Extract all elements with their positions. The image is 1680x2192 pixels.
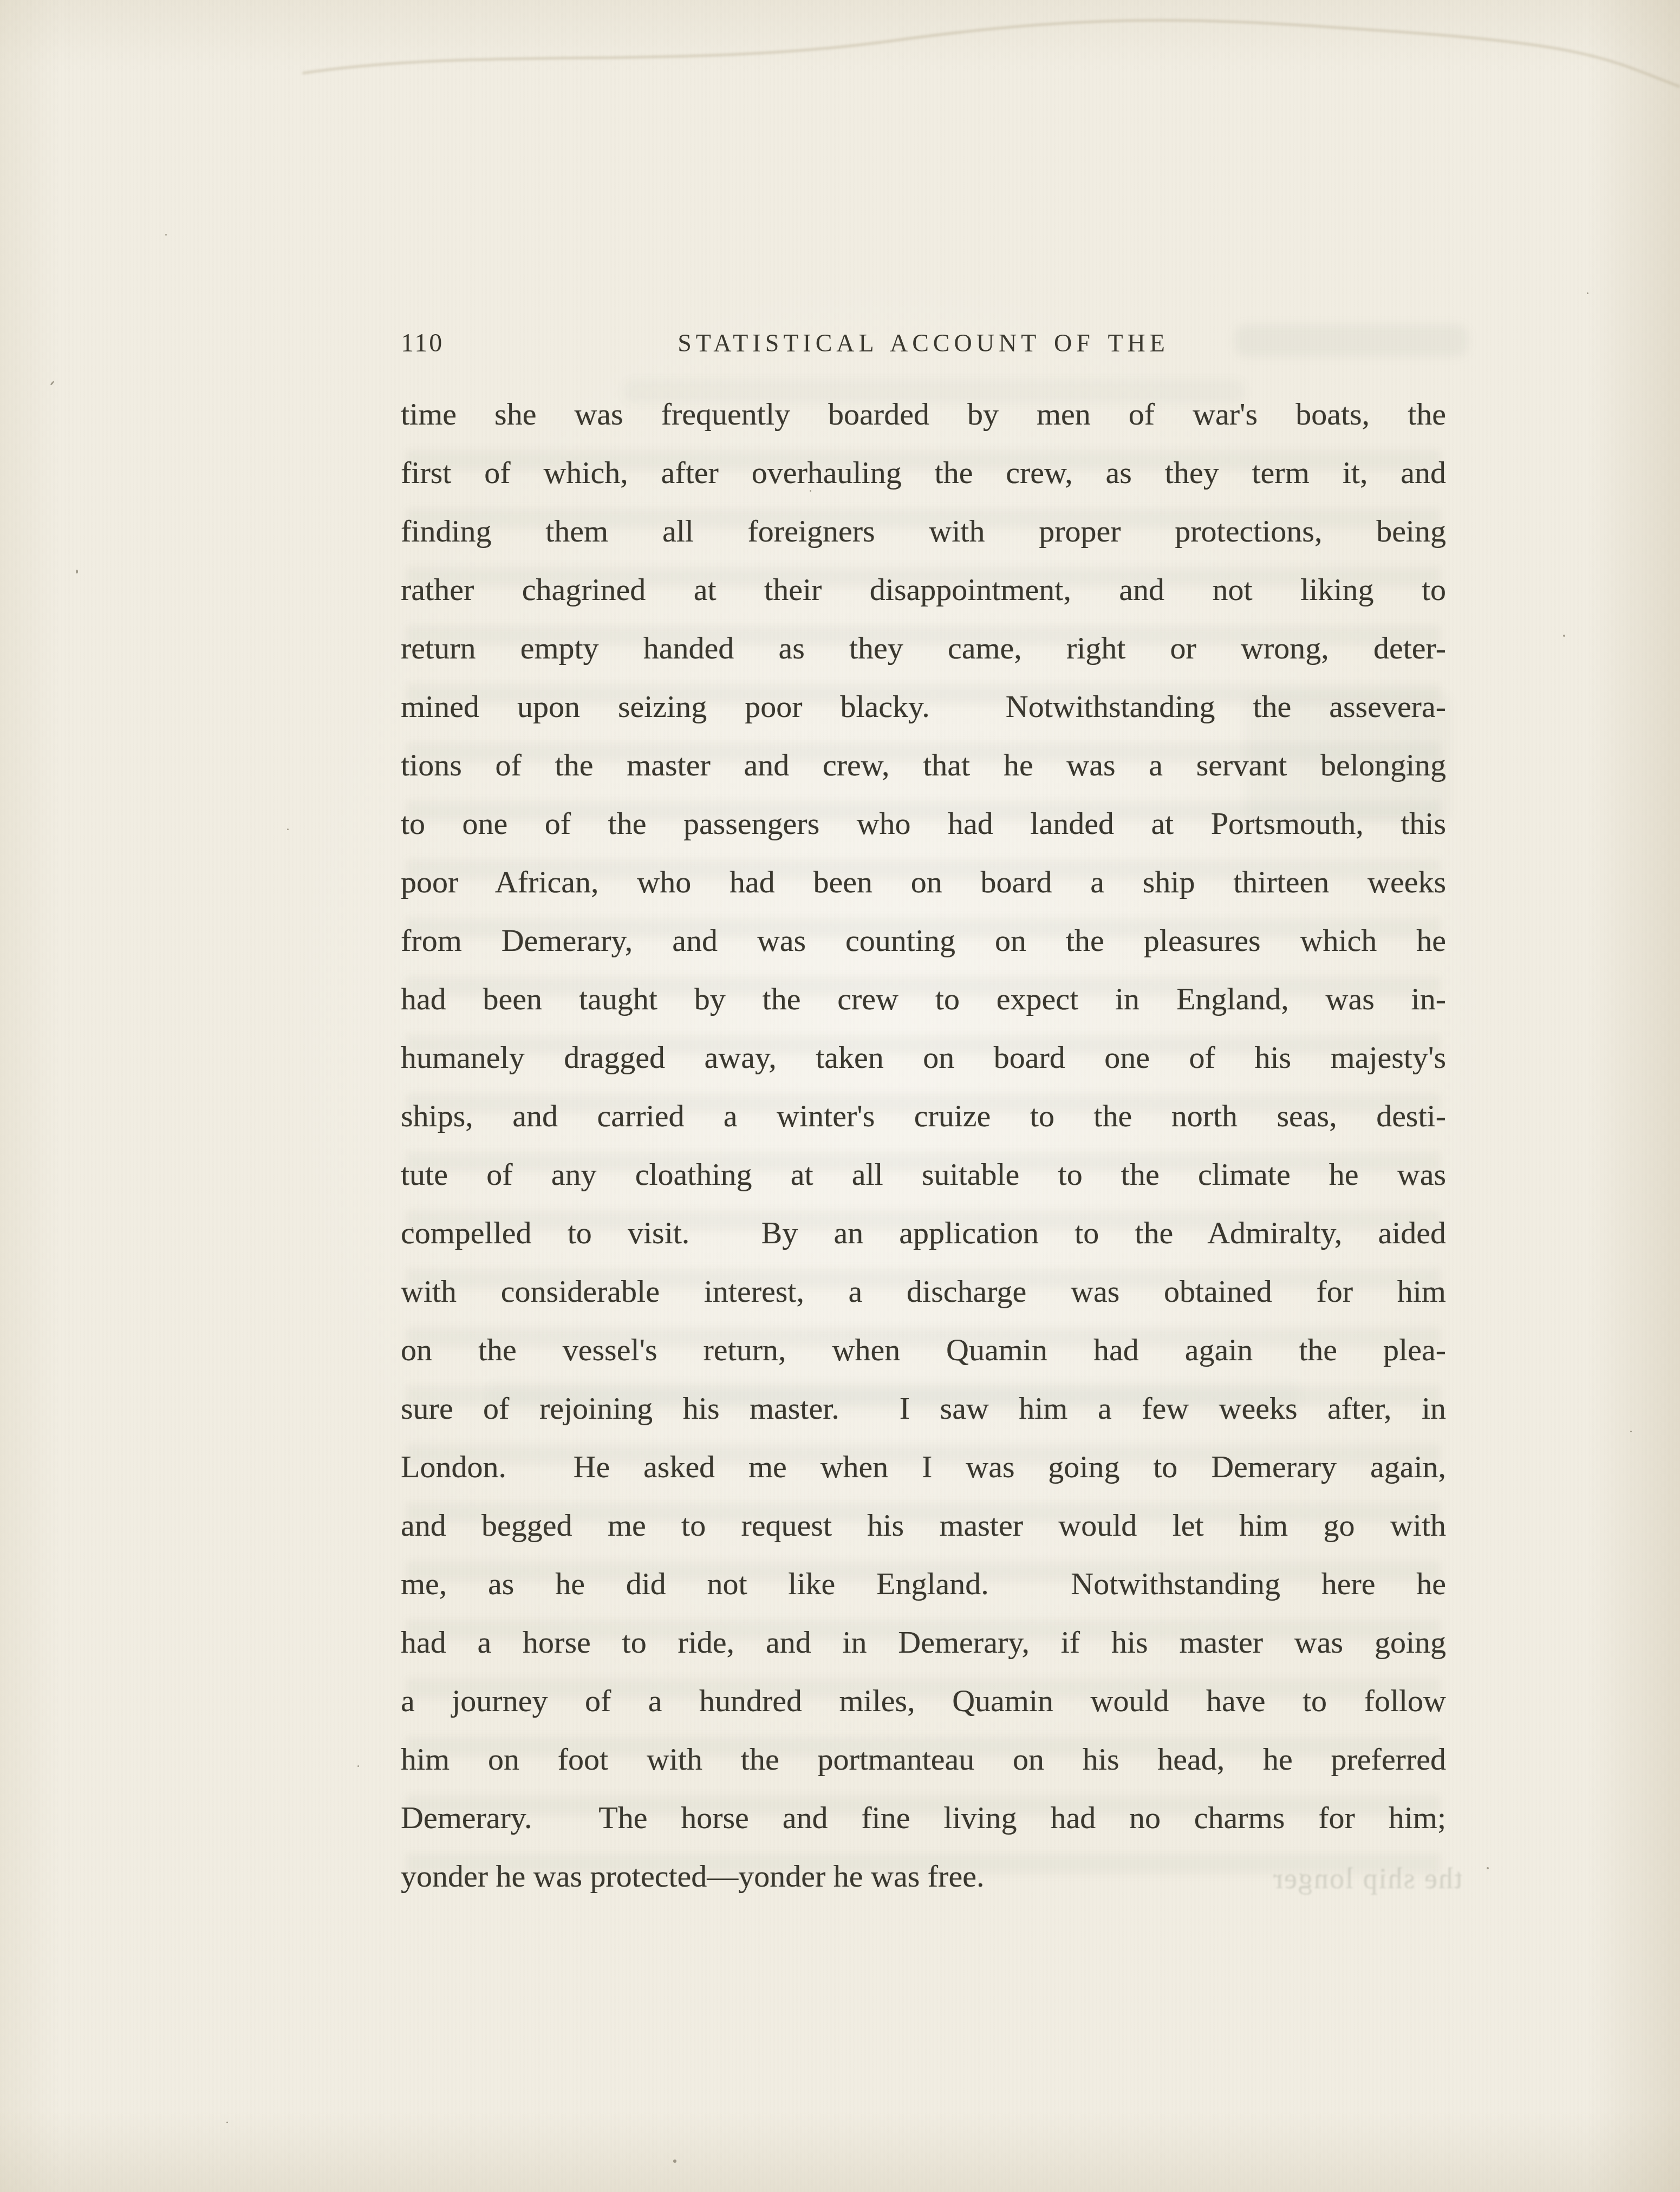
paper-speck: [50, 381, 54, 386]
paper-speck: [357, 1765, 359, 1767]
text-line: time she was frequently boarded by men o…: [401, 385, 1446, 443]
text-line: tute of any cloathing at all suitable to…: [401, 1145, 1446, 1204]
paper-speck: [1630, 1431, 1632, 1432]
text-line: sure of rejoining his master. I saw him …: [401, 1379, 1446, 1438]
text-line: Demerary. The horse and fine living had …: [401, 1789, 1446, 1847]
text-line: return empty handed as they came, right …: [401, 619, 1446, 677]
paper-speck: [1563, 635, 1565, 637]
text-line: me, as he did not like England. Notwiths…: [401, 1555, 1446, 1613]
paper-speck: [412, 1227, 413, 1229]
crease-line: [0, 0, 1680, 162]
ghost-bleed-text: the ship longer: [1116, 1862, 1462, 1895]
paper-speck: [673, 2160, 676, 2163]
text-line: rather chagrined at their disappointment…: [401, 560, 1446, 619]
paper-speck: [810, 490, 811, 492]
text-line: with considerable interest, a discharge …: [401, 1262, 1446, 1321]
text-line: finding them all foreigners with proper …: [401, 502, 1446, 560]
paper-speck: [226, 2122, 228, 2123]
text-line: London. He asked me when I was going to …: [401, 1438, 1446, 1496]
paper-speck: [1587, 292, 1588, 294]
text-line: ships, and carried a winter's cruize to …: [401, 1087, 1446, 1145]
text-line: and begged me to request his master woul…: [401, 1496, 1446, 1555]
text-line: tions of the master and crew, that he wa…: [401, 736, 1446, 794]
text-line: to one of the passengers who had landed …: [401, 794, 1446, 853]
paper-speck: [165, 234, 167, 236]
text-line: compelled to visit. By an application to…: [401, 1204, 1446, 1262]
text-line: had been taught by the crew to expect in…: [401, 970, 1446, 1028]
text-line: had a horse to ride, and in Demerary, if…: [401, 1613, 1446, 1672]
scan-page: 110 STATISTICAL ACCOUNT OF THE time she …: [0, 0, 1680, 2192]
text-line: him on foot with the portmanteau on his …: [401, 1730, 1446, 1789]
text-line: from Demerary, and was counting on the p…: [401, 911, 1446, 970]
paper-speck: [1487, 1867, 1489, 1869]
text-line: mined upon seizing poor blacky. Notwiths…: [401, 677, 1446, 736]
running-header: 110 STATISTICAL ACCOUNT OF THE: [401, 324, 1446, 363]
paper-speck: [287, 828, 289, 830]
text-line: first of which, after overhauling the cr…: [401, 443, 1446, 502]
running-header-title: STATISTICAL ACCOUNT OF THE: [401, 324, 1446, 363]
text-line: humanely dragged away, taken on board on…: [401, 1028, 1446, 1087]
text-line: a journey of a hundred miles, Quamin wou…: [401, 1672, 1446, 1730]
text-line: poor African, who had been on board a sh…: [401, 853, 1446, 911]
text-line: on the vessel's return, when Quamin had …: [401, 1321, 1446, 1379]
paper-speck: [76, 570, 78, 573]
body-text: time she was frequently boarded by men o…: [401, 385, 1446, 1906]
